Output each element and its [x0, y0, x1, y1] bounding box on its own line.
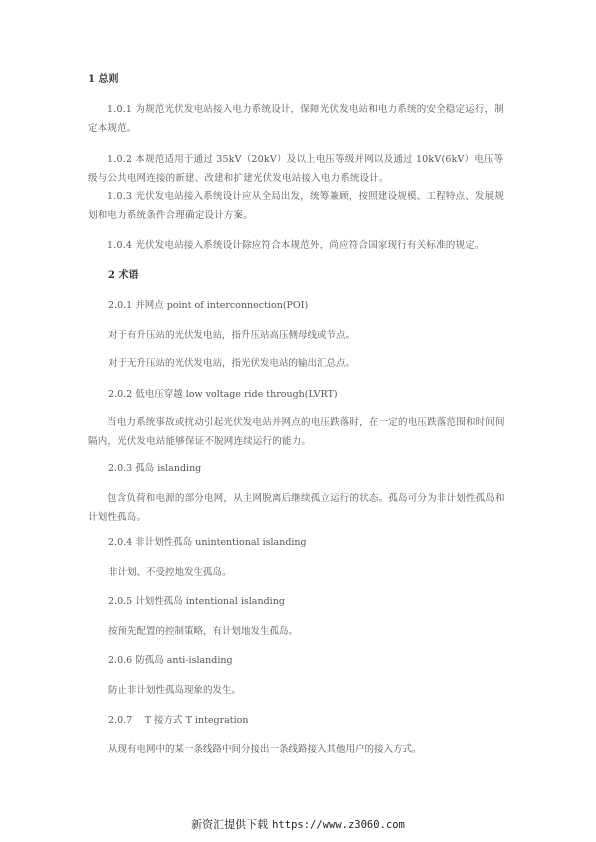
- section-heading-general: 1 总则: [88, 74, 118, 86]
- footer-url-link[interactable]: https://www.z3060.com: [272, 819, 405, 831]
- document-page: 1 总则 1.0.1 为规范光伏发电站接入电力系统设计，保障光伏发电站和电力系统…: [0, 0, 596, 842]
- clause-1-0-1: 1.0.1 为规范光伏发电站接入电力系统设计，保障光伏发电站和电力系统的安全稳定…: [88, 100, 512, 138]
- term-title-lvrt: 2.0.2 低电压穿越 low voltage ride through(LVR…: [108, 389, 338, 401]
- term-title-islanding: 2.0.3 孤岛 islanding: [108, 463, 201, 475]
- term-definition-lvrt: 当电力系统事故或扰动引起光伏发电站并网点的电压跌落时，在一定的电压跌落范围和时间…: [88, 413, 512, 451]
- term-definition-intentional-islanding: 按预先配置的控制策略，有计划地发生孤岛。: [108, 626, 298, 638]
- clause-1-0-2: 1.0.2 本规范适用于通过 35kV（20kV）及以上电压等级并网以及通过 1…: [88, 150, 512, 188]
- term-definition-poi-1: 对于有升压站的光伏发电站，指升压站高压侧母线或节点。: [108, 330, 355, 342]
- term-definition-poi-2: 对于无升压站的光伏发电站，指光伏发电站的输出汇总点。: [108, 358, 355, 370]
- term-title-unintentional-islanding: 2.0.4 非计划性孤岛 unintentional islanding: [108, 537, 307, 549]
- clause-1-0-3: 1.0.3 光伏发电站接入系统设计应从全局出发，统筹兼顾，按照建设规模、工程特点…: [88, 187, 512, 225]
- section-heading-terms: 2 术语: [108, 270, 138, 282]
- term-definition-anti-islanding: 防止非计划性孤岛现象的发生。: [108, 685, 241, 697]
- term-definition-t-integration: 从现有电网中的某一条线路中间分接出一条线路接入其他用户的接入方式。: [108, 744, 422, 756]
- term-title-t-integration: 2.0.7 T 接方式 T integration: [108, 715, 249, 727]
- term-title-intentional-islanding: 2.0.5 计划性孤岛 intentional islanding: [108, 596, 285, 608]
- term-title-poi: 2.0.1 并网点 point of interconnection(POI): [108, 300, 308, 312]
- clause-1-0-4: 1.0.4 光伏发电站接入系统设计除应符合本规范外，尚应符合国家现行有关标准的规…: [88, 236, 512, 255]
- term-definition-islanding: 包含负荷和电源的部分电网，从主网脱离后继续孤立运行的状态。孤岛可分为非计划性孤岛…: [88, 489, 512, 527]
- download-footer: 新资汇提供下载https://www.z3060.com: [0, 816, 596, 832]
- term-title-anti-islanding: 2.0.6 防孤岛 anti-islanding: [108, 655, 233, 667]
- term-definition-unintentional-islanding: 非计划、不受控地发生孤岛。: [108, 567, 232, 579]
- footer-label: 新资汇提供下载: [191, 818, 268, 831]
